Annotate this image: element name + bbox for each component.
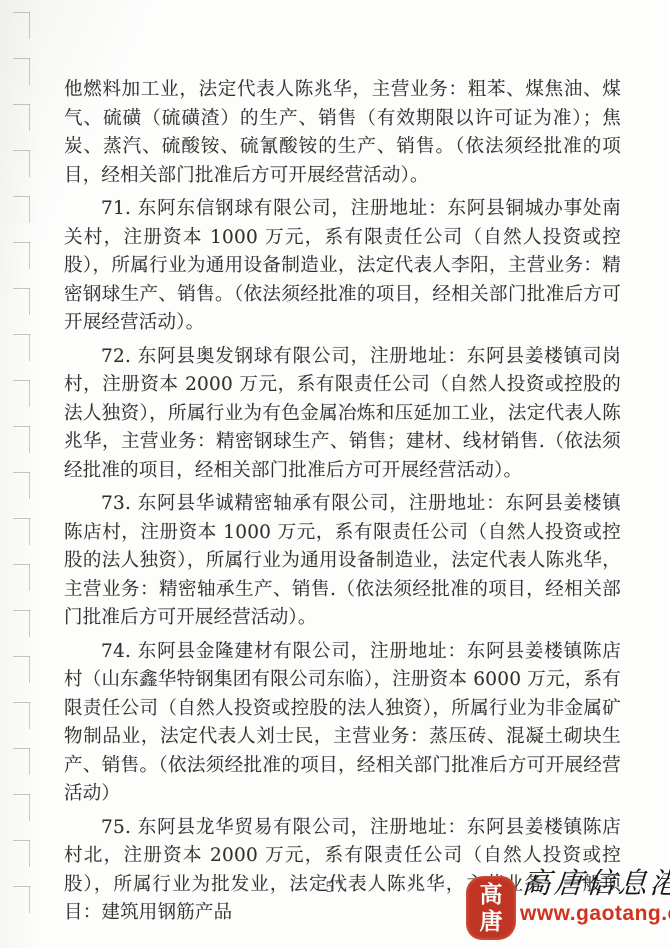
paragraph-item-74: 74. 东阿县金隆建材有限公司，注册地址：东阿县姜楼镇陈店村（山东鑫华特钢集团有… [64,638,621,809]
paragraph-item-71: 71. 东阿东信钢球有限公司，注册地址：东阿县铜城办事处南关村，注册资本 100… [64,195,621,338]
gaotang-seal-icon: 高 唐 [466,876,516,940]
paragraph-continuation: 他燃料加工业，法定代表人陈兆华，主营业务：粗苯、煤焦油、煤气、硫磺（硫磺渣）的生… [64,76,621,190]
paragraph-item-72: 72. 东阿县奥发钢球有限公司，注册地址：东阿县姜楼镇司岗村，注册资本 2000… [64,343,621,486]
seal-char-top: 高 [480,881,503,908]
gaotang-watermark: 高 唐 高唐信息港 www.gaotang.cc [458,860,670,944]
seal-char-bottom: 唐 [480,908,503,935]
watermark-site-url: www.gaotang.cc [520,902,670,926]
document-text: 他燃料加工业，法定代表人陈兆华，主营业务：粗苯、煤焦油、煤气、硫磺（硫磺渣）的生… [64,76,621,933]
paragraph-item-73: 73. 东阿县华诚精密轴承有限公司，注册地址：东阿县姜楼镇陈店村，注册资本 10… [64,490,621,633]
watermark-site-name: 高唐信息港 [521,866,670,900]
binding-marks [13,12,30,918]
binding-marks-line [29,12,30,918]
